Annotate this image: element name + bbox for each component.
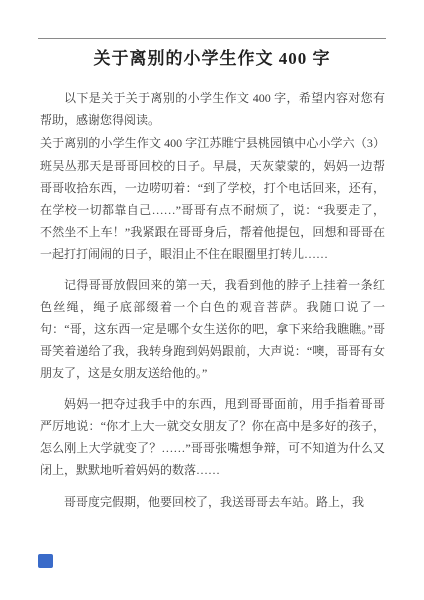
paragraph-intro: 以下是关于关于离别的小学生作文 400 字，希望内容对您有帮助，感谢您得阅读。 [40, 87, 385, 131]
paragraph-body-1: 关于离别的小学生作文 400 字江苏睢宁县桃园镇中心小学六（3）班吴丛那天是哥哥… [40, 132, 385, 265]
watermark-badge-icon [38, 554, 53, 568]
title-divider [38, 38, 386, 39]
paragraph-body-2: 记得哥哥放假回来的第一天，我看到他的脖子上挂着一条红色丝绳，绳子底部缀着一个白色… [40, 274, 385, 385]
document-body: 以下是关于关于离别的小学生作文 400 字，希望内容对您有帮助，感谢您得阅读。 … [40, 87, 385, 522]
paragraph-body-4: 哥哥度完假期，他要回校了，我送哥哥去车站。路上，我 [40, 491, 385, 513]
page-title: 关于离别的小学生作文 400 字 [0, 44, 424, 69]
paragraph-body-3: 妈妈一把夺过我手中的东西，甩到哥哥面前，用手指着哥哥严厉地说：“你才上大一就交女… [40, 393, 385, 482]
document-page: 关于离别的小学生作文 400 字 以下是关于关于离别的小学生作文 400 字，希… [0, 0, 424, 600]
